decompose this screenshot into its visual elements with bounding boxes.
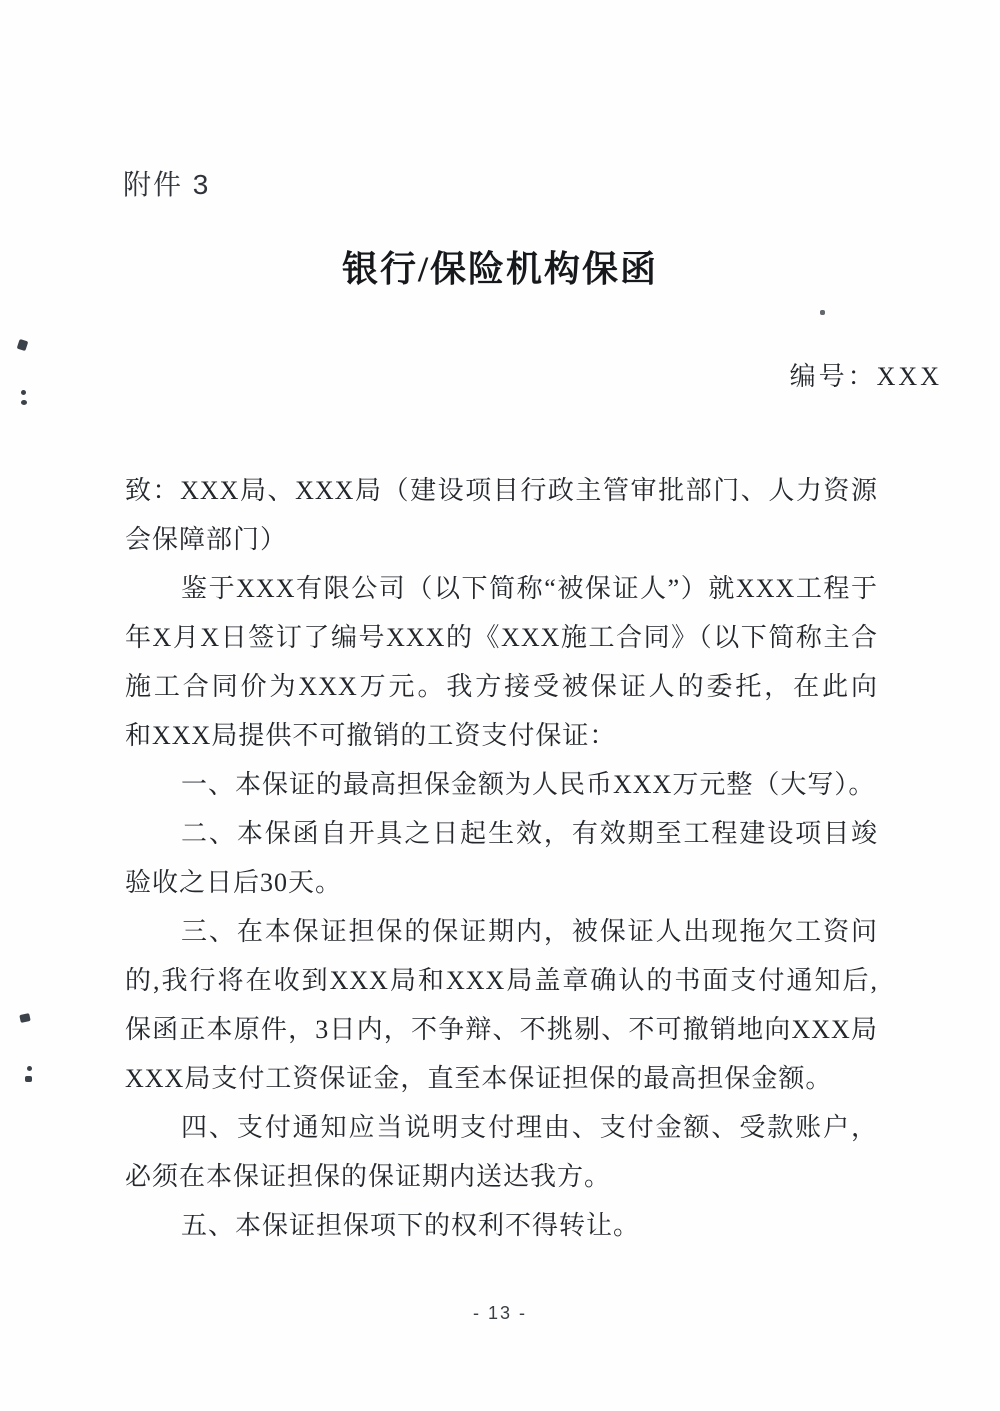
body-line: 会保障部门） (125, 515, 878, 564)
document-page: 附件 3 银行/保险机构保函 编号：XXX 致：XXX局、XXX局（建设项目行政… (0, 0, 1000, 1411)
body-line: 和XXX局提供不可撤销的工资支付保证： (125, 711, 878, 760)
scan-artifact (27, 1066, 32, 1071)
body-line: 验收之日后30天。 (125, 858, 878, 907)
body-line: 必须在本保证担保的保证期内送达我方。 (125, 1152, 878, 1201)
body-line: 年X月X日签订了编号XXX的《XXX施工合同》（以下简称主合同）， (125, 613, 878, 662)
scan-artifact (17, 339, 29, 351)
doc-number: 编号：XXX (125, 356, 942, 393)
body-line: XXX局支付工资保证金，直至本保证担保的最高担保金额。 (125, 1054, 878, 1103)
attachment-label: 附件 3 (123, 163, 210, 203)
body-line: 三、在本保证担保的保证期内，被保证人出现拖欠工资问题 (125, 907, 878, 956)
body-line: 五、本保证担保项下的权利不得转让。 (125, 1201, 878, 1250)
body-line: 四、支付通知应当说明支付理由、支付金额、受款账户，并 (125, 1103, 878, 1152)
body-line: 致：XXX局、XXX局（建设项目行政主管审批部门、人力资源和社 (125, 466, 878, 515)
document-title: 银行/保险机构保函 (0, 241, 1000, 292)
body-line: 一、本保证的最高担保金额为人民币XXX万元整（大写）。 (125, 760, 878, 809)
body-line: 施工合同价为XXX万元。我方接受被保证人的委托，在此向XXX局 (125, 662, 878, 711)
body-line: 的,我行将在收到XXX局和XXX局盖章确认的书面支付通知后,凭本 (125, 956, 878, 1005)
scan-artifact (19, 1013, 30, 1023)
scan-artifact (21, 400, 27, 405)
scan-artifact (25, 1076, 32, 1082)
scan-artifact (820, 310, 825, 315)
body-line: 保函正本原件，3日内，不争辩、不挑剔、不可撤销地向XXX局和 (125, 1005, 878, 1054)
body-line: 鉴于XXX有限公司（以下简称“被保证人”）就XXX工程于X (125, 564, 878, 613)
body-line: 二、本保函自开具之日起生效，有效期至工程建设项目竣工 (125, 809, 878, 858)
page-number: - 13 - (0, 1303, 1000, 1324)
document-body: 致：XXX局、XXX局（建设项目行政主管审批部门、人力资源和社会保障部门）鉴于X… (125, 466, 878, 1250)
scan-artifact (21, 390, 26, 395)
